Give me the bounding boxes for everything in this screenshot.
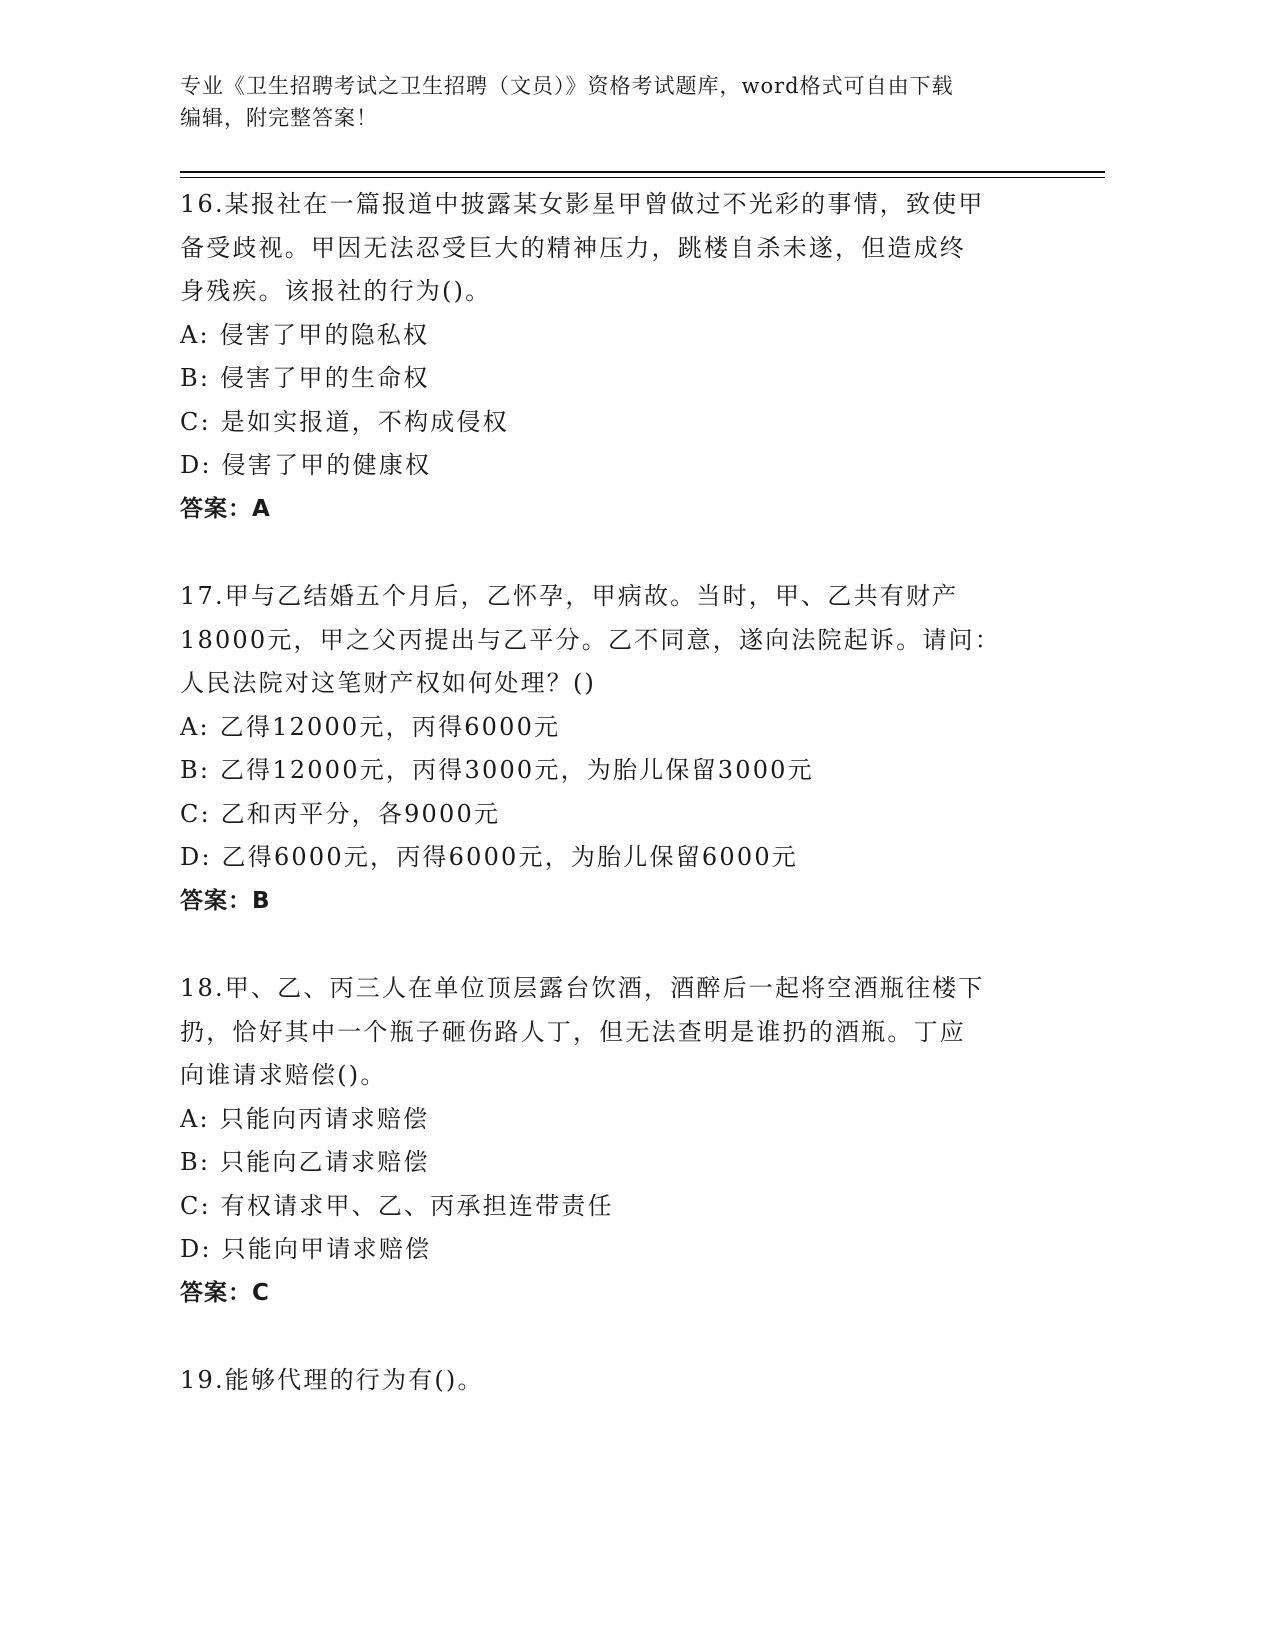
option-c: C: 是如实报道，不构成侵权 [180, 401, 1040, 445]
answer: 答案：B [180, 880, 1040, 924]
question-stem: 16.某报社在一篇报道中披露某女影星甲曾做过不光彩的事情，致使甲 [180, 183, 1040, 227]
option-a: A: 侵害了甲的隐私权 [180, 314, 1040, 358]
question-16: 16.某报社在一篇报道中披露某女影星甲曾做过不光彩的事情，致使甲 备受歧视。甲因… [180, 183, 1040, 531]
document-header: 专业《卫生招聘考试之卫生招聘（文员）》资格考试题库，word格式可自由下载 编辑… [180, 70, 1040, 134]
option-b: B: 只能向乙请求赔偿 [180, 1141, 1040, 1185]
option-a: A: 只能向丙请求赔偿 [180, 1098, 1040, 1142]
answer: 答案：C [180, 1272, 1040, 1316]
question-17: 17.甲与乙结婚五个月后，乙怀孕，甲病故。当时，甲、乙共有财产 18000元，甲… [180, 575, 1040, 923]
question-stem: 19.能够代理的行为有()。 [180, 1359, 1040, 1403]
question-19: 19.能够代理的行为有()。 [180, 1359, 1040, 1403]
question-stem: 备受歧视。甲因无法忍受巨大的精神压力，跳楼自杀未遂，但造成终 [180, 227, 1040, 271]
header-line-1: 专业《卫生招聘考试之卫生招聘（文员）》资格考试题库，word格式可自由下载 [180, 70, 1040, 102]
question-stem: 18.甲、乙、丙三人在单位顶层露台饮酒，酒醉后一起将空酒瓶往楼下 [180, 967, 1040, 1011]
option-d: D: 侵害了甲的健康权 [180, 444, 1040, 488]
option-d: D: 乙得6000元，丙得6000元，为胎儿保留6000元 [180, 836, 1040, 880]
question-list: 16.某报社在一篇报道中披露某女影星甲曾做过不光彩的事情，致使甲 备受歧视。甲因… [180, 183, 1040, 1447]
option-c: C: 乙和丙平分，各9000元 [180, 793, 1040, 837]
option-a: A: 乙得12000元，丙得6000元 [180, 706, 1040, 750]
question-18: 18.甲、乙、丙三人在单位顶层露台饮酒，酒醉后一起将空酒瓶往楼下 扔，恰好其中一… [180, 967, 1040, 1315]
question-stem: 人民法院对这笔财产权如何处理？() [180, 662, 1040, 706]
question-stem: 17.甲与乙结婚五个月后，乙怀孕，甲病故。当时，甲、乙共有财产 [180, 575, 1040, 619]
option-b: B: 侵害了甲的生命权 [180, 357, 1040, 401]
question-stem: 身残疾。该报社的行为()。 [180, 270, 1040, 314]
header-divider-thin [180, 177, 1105, 178]
option-d: D: 只能向甲请求赔偿 [180, 1228, 1040, 1272]
option-c: C: 有权请求甲、乙、丙承担连带责任 [180, 1185, 1040, 1229]
answer: 答案：A [180, 488, 1040, 532]
question-stem: 扔，恰好其中一个瓶子砸伤路人丁，但无法查明是谁扔的酒瓶。丁应 [180, 1011, 1040, 1055]
question-stem: 18000元，甲之父丙提出与乙平分。乙不同意，遂向法院起诉。请问： [180, 619, 1040, 663]
question-stem: 向谁请求赔偿()。 [180, 1054, 1040, 1098]
option-b: B: 乙得12000元，丙得3000元，为胎儿保留3000元 [180, 749, 1040, 793]
header-divider-thick [180, 171, 1105, 173]
header-line-2: 编辑，附完整答案！ [180, 102, 1040, 134]
